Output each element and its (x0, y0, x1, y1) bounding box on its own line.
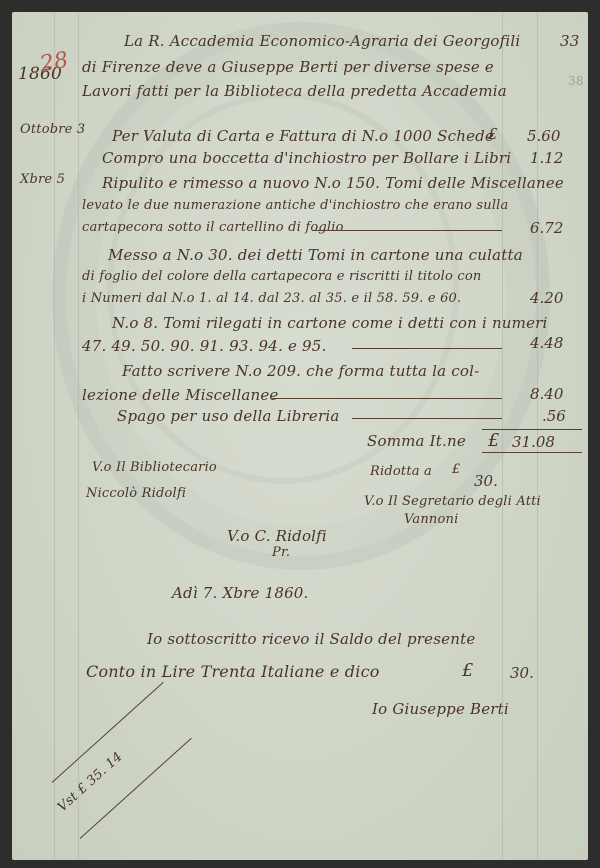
signature: Io Giuseppe Berti (372, 700, 509, 718)
total-rule (482, 452, 582, 453)
page-number-ink: 33 (560, 32, 580, 50)
receipt-amount: 30. (510, 664, 534, 682)
approval-center-signature: V.o C. Ridolfi (227, 527, 327, 545)
entry-date: Ottobre 3 (20, 122, 85, 137)
entry-text: Fatto scrivere N.o 209. che forma tutta … (122, 362, 479, 380)
entry-amount: 8.40 (530, 385, 563, 403)
entry-text: 47. 49. 50. 90. 91. 93. 94. e 95. (82, 337, 326, 355)
leader-line (352, 348, 502, 349)
total-amount: 31.08 (512, 433, 555, 451)
total-currency: £ (488, 430, 500, 451)
date-line: Adì 7. Xbre 1860. (172, 584, 309, 602)
leader-line (312, 230, 502, 231)
entry-amount: 6.72 (530, 219, 563, 237)
approval-left: V.o Il Bibliotecario (92, 460, 217, 475)
entry-text: i Numeri dal N.o 1. al 14. dal 23. al 35… (82, 291, 461, 306)
leader-line (272, 398, 502, 399)
entry-amount: 1.12 (530, 149, 563, 167)
receipt-currency: £ (462, 660, 474, 681)
reduction-amount: 30. (474, 472, 498, 490)
approval-right-signature: Vannoni (404, 512, 458, 527)
header-line: di Firenze deve a Giuseppe Berti per div… (82, 58, 494, 76)
approval-left-signature: Niccolò Ridolfi (86, 486, 186, 501)
entry-text: Messo a N.o 30. dei detti Tomi in carton… (108, 246, 523, 264)
page-number-pencil: 38 (568, 74, 584, 88)
entry-text: Per Valuta di Carta e Fattura di N.o 100… (112, 127, 494, 145)
red-annotation: 28 (38, 48, 70, 78)
entry-text: Ripulito e rimesso a nuovo N.o 150. Tomi… (102, 174, 564, 192)
entry-text: di foglio del colore della cartapecora e… (82, 269, 481, 284)
reduction-label: Ridotta a (370, 464, 432, 479)
margin-rule (54, 12, 55, 860)
entry-text: cartapecora sotto il cartellino di fogli… (82, 220, 344, 235)
entry-amount: 4.20 (530, 289, 563, 307)
margin-rule (78, 12, 79, 860)
currency-symbol: £ (488, 125, 498, 143)
entry-text: N.o 8. Tomi rilegati in cartone come i d… (112, 314, 548, 332)
entry-text: Spago per uso della Libreria (117, 407, 340, 425)
diagonal-rule (80, 738, 192, 839)
entry-amount: .56 (542, 407, 566, 425)
header-line: La R. Accademia Economico-Agraria dei Ge… (124, 32, 520, 50)
receipt-line: Io sottoscritto ricevo il Saldo del pres… (147, 630, 475, 648)
receipt-line: Conto in Lire Trenta Italiane e dico (86, 662, 380, 681)
entry-text: Compro una boccetta d'inchiostro per Bol… (102, 149, 511, 167)
total-label: Somma It.ne (367, 432, 466, 450)
entry-text: lezione delle Miscellanee (82, 386, 279, 404)
reduction-currency: £ (452, 462, 460, 477)
document-page: 1860 28 33 38 La R. Accademia Economico-… (12, 12, 588, 860)
approval-right: V.o Il Segretario degli Atti (364, 494, 541, 509)
entry-amount: 5.60 (527, 127, 560, 145)
approval-center-flourish: Pr. (272, 545, 290, 560)
entry-amount: 4.48 (530, 334, 563, 352)
entry-text: levato le due numerazione antiche d'inch… (82, 198, 509, 213)
header-line: Lavori fatti per la Biblioteca della pre… (82, 82, 507, 100)
leader-line (352, 418, 502, 419)
entry-date: Xbre 5 (20, 172, 65, 187)
